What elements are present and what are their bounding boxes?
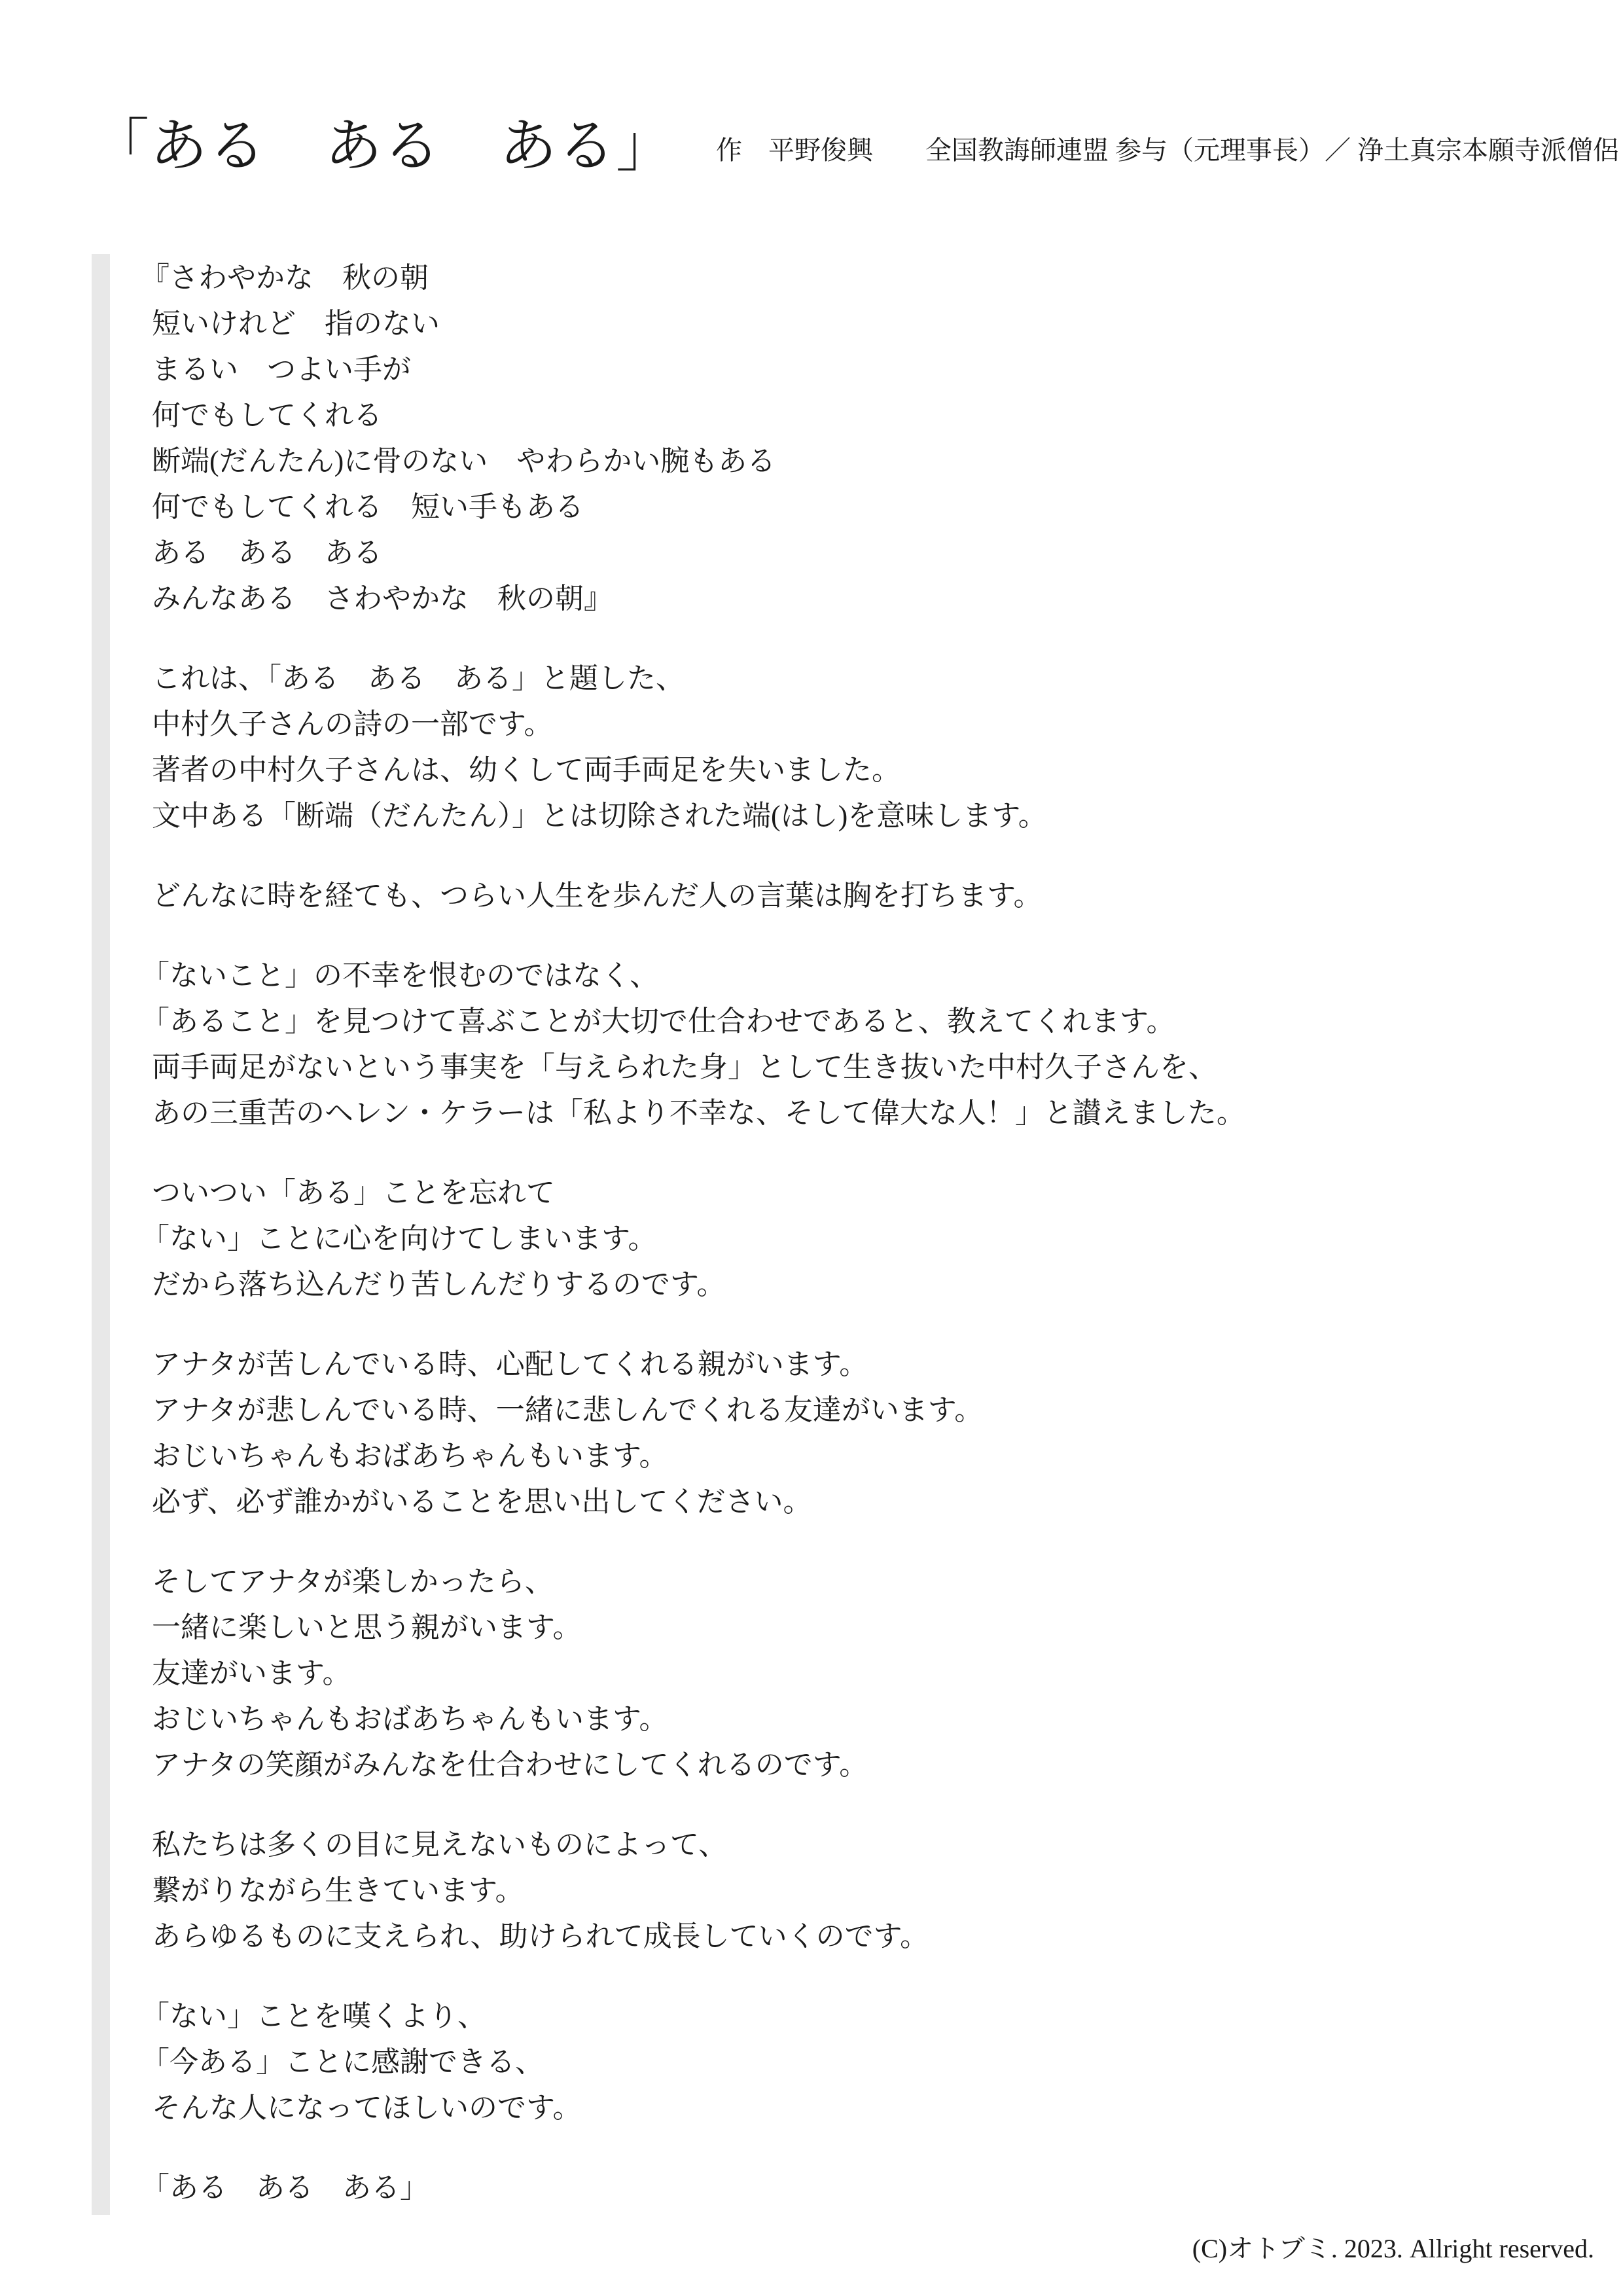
text-line: 「ないこと」の不幸を恨むのではなく、 [141, 953, 1245, 999]
text-line: 著者の中村久子さんは、幼くして両手両足を失いました。 [141, 747, 1245, 793]
text-line: 断端(だんたん)に骨のない やわらかい腕もある [141, 439, 1245, 484]
paragraph-gratitude: 「ない」ことを嘆くより、「今ある」ことに感謝できる、そんな人になってほしいのです… [141, 1994, 1245, 2131]
text-line: あらゆるものに支えられ、助けられて成長していくのです。 [141, 1914, 1245, 1960]
text-line: 中村久子さんの詩の一部です。 [141, 702, 1245, 747]
text-line: おじいちゃんもおばあちゃんもいます。 [141, 1433, 1245, 1479]
text-line: 必ず、必ず誰かがいることを思い出してください。 [141, 1479, 1245, 1525]
text-line: 短いけれど 指のない [141, 301, 1245, 347]
text-line: ついつい「ある」ことを忘れて [141, 1170, 1245, 1216]
text-line: おじいちゃんもおばあちゃんもいます。 [141, 1696, 1245, 1742]
text-line: 文中ある「断端（だんたん）」とは切除された端(はし)を意味します。 [141, 793, 1245, 839]
text-line: アナタの笑顔がみんなを仕合わせにしてくれるのです。 [141, 1742, 1245, 1788]
text-line: 「ない」ことに心を向けてしまいます。 [141, 1216, 1245, 1262]
paragraph-poem: 『さわやかな 秋の朝短いけれど 指のないまるい つよい手が何でもしてくれる断端(… [141, 255, 1245, 622]
text-line: 両手両足がないという事実を「与えられた身」として生き抜いた中村久子さんを、 [141, 1045, 1245, 1090]
paragraph-lesson: 「ないこと」の不幸を恨むのではなく、「あること」を見つけて喜ぶことが大切で仕合わ… [141, 953, 1245, 1136]
paragraph-tendency: ついつい「ある」ことを忘れて「ない」ことに心を向けてしまいます。だから落ち込んだ… [141, 1170, 1245, 1308]
text-line: 友達がいます。 [141, 1651, 1245, 1696]
text-line: 「あること」を見つけて喜ぶことが大切で仕合わせであると、教えてくれます。 [141, 999, 1245, 1045]
text-line: そんな人になってほしいのです。 [141, 2085, 1245, 2131]
text-line: 「ない」ことを嘆くより、 [141, 1994, 1245, 2039]
text-line: ある ある ある [141, 530, 1245, 576]
paragraph-connection: 私たちは多くの目に見えないものによって、繋がりながら生きています。あらゆるものに… [141, 1822, 1245, 1960]
text-line: アナタが苦しんでいる時、心配してくれる親がいます。 [141, 1342, 1245, 1388]
paragraph-closing: 「ある ある ある」 [141, 2165, 1245, 2211]
document-body: 『さわやかな 秋の朝短いけれど 指のないまるい つよい手が何でもしてくれる断端(… [141, 255, 1245, 2211]
quote-bar [92, 254, 110, 2215]
text-line: みんなある さわやかな 秋の朝』 [141, 576, 1245, 622]
text-line: これは、「ある ある ある」と題した、 [141, 656, 1245, 702]
text-line: あの三重苦のヘレン・ケラーは「私より不幸な、そして偉大な人！」と讃えました。 [141, 1090, 1245, 1136]
text-line: 「今ある」ことに感謝できる、 [141, 2039, 1245, 2085]
text-line: そしてアナタが楽しかったら、 [141, 1559, 1245, 1605]
text-line: 『さわやかな 秋の朝 [141, 255, 1245, 301]
text-line: 何でもしてくれる 短い手もある [141, 484, 1245, 530]
page-title: 「ある ある ある」 [92, 113, 674, 181]
paragraph-intro: これは、「ある ある ある」と題した、中村久子さんの詩の一部です。著者の中村久子… [141, 656, 1245, 839]
text-line: 一緒に楽しいと思う親がいます。 [141, 1605, 1245, 1651]
text-line: だから落ち込んだり苦しんだりするのです。 [141, 1262, 1245, 1308]
text-line: 何でもしてくれる [141, 393, 1245, 439]
text-line: 私たちは多くの目に見えないものによって、 [141, 1822, 1245, 1868]
paragraph-support-in-joy: そしてアナタが楽しかったら、一緒に楽しいと思う親がいます。友達がいます。おじいち… [141, 1559, 1245, 1788]
byline: 作 平野俊興 全国教誨師連盟 参与（元理事長）／ 浄土真宗本願寺派僧侶 [716, 132, 1619, 169]
text-line: アナタが悲しんでいる時、一緒に悲しんでくれる友達がいます。 [141, 1388, 1245, 1433]
paragraph-remark: どんなに時を経ても、つらい人生を歩んだ人の言葉は胸を打ちます。 [141, 873, 1245, 919]
text-line: 繋がりながら生きています。 [141, 1868, 1245, 1914]
paragraph-support-in-sorrow: アナタが苦しんでいる時、心配してくれる親がいます。アナタが悲しんでいる時、一緒に… [141, 1342, 1245, 1525]
copyright-footer: (C)オトブミ. 2023. Allright reserved. [1192, 2231, 1594, 2267]
text-line: 「ある ある ある」 [141, 2165, 1245, 2211]
text-line: どんなに時を経ても、つらい人生を歩んだ人の言葉は胸を打ちます。 [141, 873, 1245, 919]
document-page: 「ある ある ある」 作 平野俊興 全国教誨師連盟 参与（元理事長）／ 浄土真宗… [0, 0, 1623, 2296]
document-header: 「ある ある ある」 作 平野俊興 全国教誨師連盟 参与（元理事長）／ 浄土真宗… [92, 113, 1619, 181]
text-line: まるい つよい手が [141, 347, 1245, 393]
